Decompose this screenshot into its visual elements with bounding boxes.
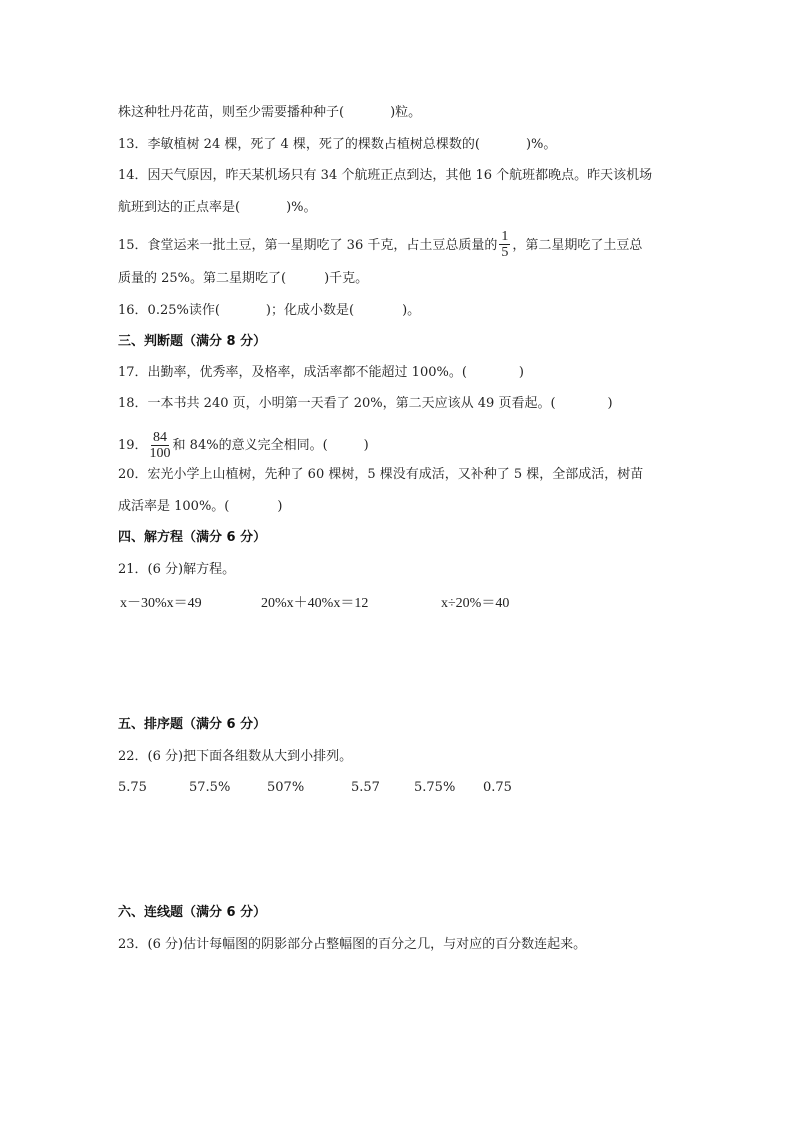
question-text: 17．出勤率，优秀率，及格率，成活率都不能超过 100%。( xyxy=(118,365,467,380)
question-text-mid: )；化成小数是( xyxy=(266,303,354,318)
question-16: 16．0.25%读作()；化成小数是()。 xyxy=(118,302,420,320)
question-14-line1: 14．因天气原因，昨天某机场只有 34 个航班正点到达，其他 16 个航班都晚点… xyxy=(118,167,652,185)
question-text-end: )%。 xyxy=(526,137,556,152)
section-4-title: 四、解方程（满分 6 分） xyxy=(118,529,266,547)
question-15-line1: 15．食堂运来一批土豆，第一星期吃了 36 千克，占土豆总质量的15，第二星期吃… xyxy=(118,230,642,261)
section-6-title: 六、连线题（满分 6 分） xyxy=(118,904,266,922)
fraction: 15 xyxy=(499,229,510,260)
question-15-line2: 质量的 25%。第二星期吃了()千克。 xyxy=(118,270,368,288)
question-text-end: )。 xyxy=(402,303,420,318)
question-20-line1: 20．宏光小学上山植树，先种了 60 棵树，5 棵没有成活，又补种了 5 棵，全… xyxy=(118,466,643,484)
question-21: 21．(6 分)解方程。 xyxy=(118,561,235,579)
sort-number: 5.57 xyxy=(351,780,380,795)
fraction-denominator: 5 xyxy=(501,245,508,260)
question-text: 16．0.25%读作( xyxy=(118,303,220,318)
question-13: 13．李敏植树 24 棵，死了 4 棵，死了的棵数占植树总棵数的()%。 xyxy=(118,136,556,154)
question-19: 19．84100和 84%的意义完全相同。() xyxy=(118,430,369,461)
question-22: 22．(6 分)把下面各组数从大到小排列。 xyxy=(118,748,352,766)
question-text: 航班到达的正点率是( xyxy=(118,200,240,215)
sort-number: 507% xyxy=(267,780,304,795)
section-3-title: 三、判断题（满分 8 分） xyxy=(118,333,266,351)
question-text-end: )千克。 xyxy=(324,271,368,286)
question-17: 17．出勤率，优秀率，及格率，成活率都不能超过 100%。() xyxy=(118,364,524,382)
question-text-end: ) xyxy=(277,499,282,514)
question-12-tail: 株这种牡丹花苗，则至少需要播种种子()粒。 xyxy=(118,104,421,122)
question-text: 株这种牡丹花苗，则至少需要播种种子( xyxy=(118,105,344,120)
question-text: 18．一本书共 240 页，小明第一天看了 20%，第二天应该从 49 页看起。… xyxy=(118,396,556,411)
question-text: 和 84%的意义完全相同。( xyxy=(173,438,328,453)
question-18: 18．一本书共 240 页，小明第一天看了 20%，第二天应该从 49 页看起。… xyxy=(118,395,613,413)
question-number: 19． xyxy=(118,438,148,453)
question-text-end: ) xyxy=(519,365,524,380)
question-text: ，第二星期吃了土豆总 xyxy=(512,238,642,253)
question-text: 15．食堂运来一批土豆，第一星期吃了 36 千克，占土豆总质量的 xyxy=(118,238,497,253)
section-5-title: 五、排序题（满分 6 分） xyxy=(118,716,266,734)
question-14-line2: 航班到达的正点率是()%。 xyxy=(118,199,317,217)
question-text-end: )%。 xyxy=(286,200,316,215)
fraction-denominator: 100 xyxy=(150,446,171,461)
question-text: 13．李敏植树 24 棵，死了 4 棵，死了的棵数占植树总棵数的( xyxy=(118,137,480,152)
equation-2: 20%x＋40%x＝12 xyxy=(261,592,368,612)
question-23: 23．(6 分)估计每幅图的阴影部分占整幅图的百分之几，与对应的百分数连起来。 xyxy=(118,936,586,954)
question-text-end: ) xyxy=(608,396,613,411)
question-20-line2: 成活率是 100%。() xyxy=(118,498,282,516)
fraction-numerator: 84 xyxy=(151,430,169,446)
equation-1: x－30%x＝49 xyxy=(120,592,202,612)
sort-number: 5.75 xyxy=(118,780,147,795)
question-text: 成活率是 100%。( xyxy=(118,499,229,514)
question-text-end: )粒。 xyxy=(390,105,421,120)
question-text: 质量的 25%。第二星期吃了( xyxy=(118,271,286,286)
question-text-end: ) xyxy=(364,438,369,453)
sort-number: 0.75 xyxy=(483,780,512,795)
fraction: 84100 xyxy=(150,430,171,461)
fraction-numerator: 1 xyxy=(499,229,510,245)
equation-3: x÷20%＝40 xyxy=(441,592,509,612)
sort-number: 5.75% xyxy=(414,780,455,795)
sort-number: 57.5% xyxy=(189,780,230,795)
